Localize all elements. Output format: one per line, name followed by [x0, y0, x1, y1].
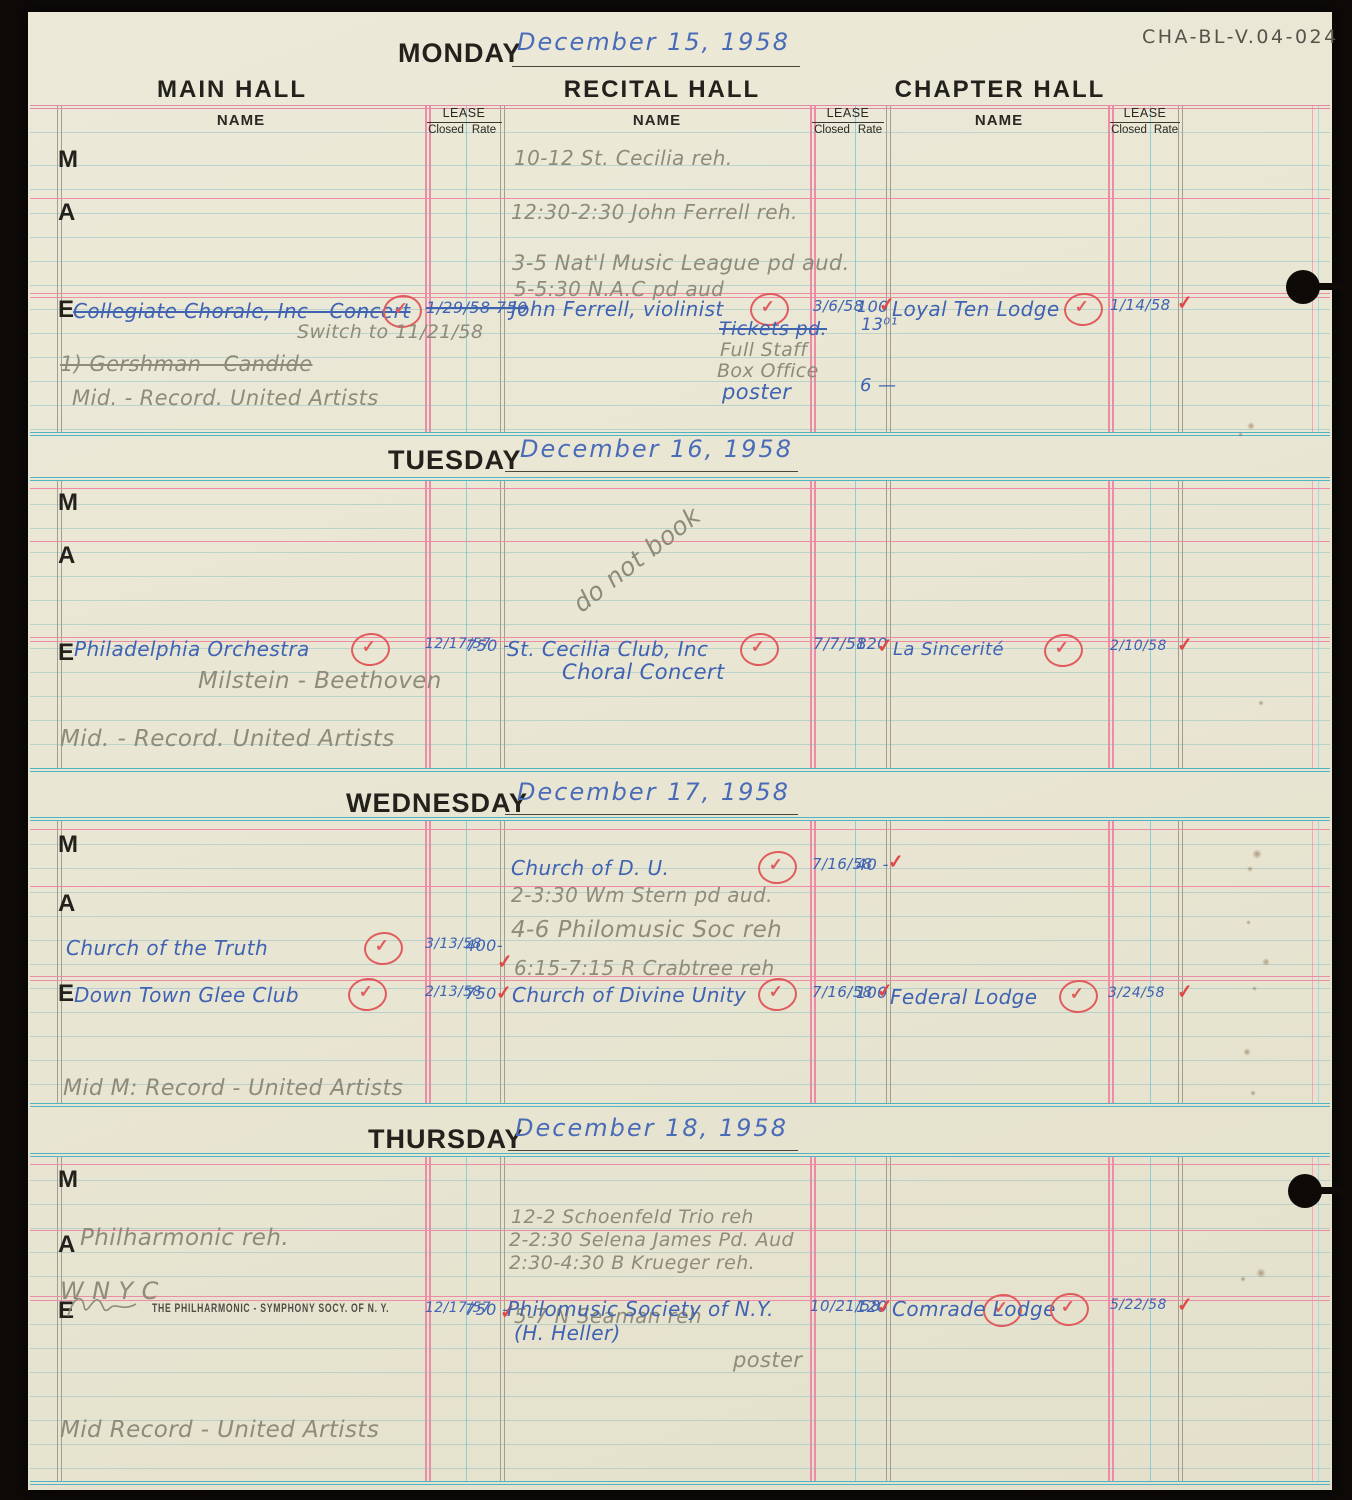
check-icon: ✓ [1074, 297, 1089, 317]
handwritten-entry: 6 — [860, 375, 896, 396]
name-column-header: NAME [217, 112, 265, 129]
handwritten-entry: 400- [465, 936, 503, 955]
date-underline [512, 66, 800, 67]
handwritten-entry: 40 - [856, 855, 889, 874]
row-divider-pink [30, 488, 1330, 489]
red-check-icon: ✓ [876, 634, 893, 658]
handwritten-entry: Mid Record - United Artists [60, 1417, 379, 1443]
punch-slot [1300, 283, 1352, 290]
stain [1243, 1048, 1251, 1056]
hall-title: RECITAL HALL [564, 76, 760, 104]
red-check-icon: ✓ [1176, 980, 1193, 1004]
rate-column-header: Rate [1154, 124, 1178, 136]
handwritten-entry: 2/10/58 [1110, 638, 1167, 654]
check-icon: ✓ [361, 637, 376, 657]
row-label: A [58, 890, 75, 918]
red-check-icon: ✓ [1176, 633, 1193, 657]
stain [1247, 866, 1253, 872]
archive-code: CHA-BL-V.04-024 [1142, 26, 1339, 48]
red-check-icon: ✓ [495, 981, 512, 1005]
handwritten-entry: 750 - [466, 636, 509, 655]
handwritten-entry: THE PHILHARMONIC - SYMPHONY SOCY. OF N. … [152, 1301, 389, 1315]
rate-column-header: Rate [858, 124, 882, 136]
stain [1258, 700, 1264, 706]
lease-divider-line [812, 122, 884, 123]
red-check-icon: ✓ [887, 850, 904, 874]
stain [1247, 422, 1255, 430]
row-label: M [58, 489, 78, 517]
section-separator [30, 1481, 1330, 1485]
handwritten-entry: Philharmonic reh. [80, 1225, 289, 1251]
check-icon: ✓ [768, 855, 783, 875]
stain [1246, 920, 1251, 925]
handwritten-entry: Full Staff [720, 339, 807, 361]
closed-column-header: Closed [814, 124, 850, 136]
stain [1262, 958, 1270, 966]
handwritten-entry: Box Office [717, 360, 819, 382]
handwritten-entry: Philomusic Society of N.Y. [507, 1297, 774, 1321]
check-icon: ✓ [393, 299, 408, 319]
lease-column-header: LEASE [827, 106, 870, 120]
handwritten-entry: 2-3:30 Wm Stern pd aud. [511, 883, 773, 907]
date-handwritten: December 16, 1958 [520, 435, 793, 463]
stain [1252, 849, 1262, 859]
check-icon: ✓ [768, 982, 783, 1002]
handwritten-entry: Church of D. U. [511, 856, 669, 880]
name-column-header: NAME [975, 112, 1023, 129]
red-check-icon: ✓ [1176, 1293, 1193, 1317]
handwritten-entry: 3-5 Nat'l Music League pd aud. [512, 251, 850, 275]
handwritten-entry: St. Cecilia Club, Inc [507, 637, 708, 661]
row-divider-pink [30, 1164, 1330, 1165]
day-label: WEDNESDAY [346, 788, 528, 819]
row-label: E [58, 980, 74, 1008]
handwritten-entry: Mid M: Record - United Artists [63, 1076, 403, 1101]
handwritten-entry: 4-6 Philomusic Soc reh [511, 917, 782, 943]
handwritten-entry: poster [722, 380, 791, 404]
handwritten-entry: Philadelphia Orchestra [74, 637, 310, 661]
rate-column-header: Rate [472, 124, 496, 136]
handwritten-entry: La Sincerité [893, 639, 1004, 660]
lease-divider-line [427, 122, 502, 123]
handwritten-entry: Milstein - Beethoven [198, 668, 442, 694]
lease-column-header: LEASE [443, 106, 486, 120]
handwritten-entry: Tickets pd. [719, 318, 827, 340]
name-column-header: NAME [633, 112, 681, 129]
stain [1256, 1268, 1266, 1278]
stain [1238, 432, 1243, 437]
row-divider-pink [30, 829, 1330, 830]
handwritten-entry: 12:30-2:30 John Ferrell reh. [511, 200, 798, 224]
row-label: E [58, 296, 74, 324]
closed-column-header: Closed [1111, 124, 1147, 136]
scribble-icon [66, 1292, 140, 1322]
hall-title: MAIN HALL [157, 76, 307, 104]
stain [1250, 1090, 1256, 1096]
handwritten-entry: Federal Lodge [890, 985, 1037, 1009]
handwritten-entry: Switch to 11/21/58 [297, 321, 484, 343]
handwritten-entry: 2:30-4:30 B Krueger reh. [509, 1252, 755, 1274]
row-label: E [58, 639, 74, 667]
date-underline [505, 814, 798, 815]
handwritten-entry: Collegiate Chorale, Inc - Concert [73, 299, 411, 323]
check-icon: ✓ [760, 297, 775, 317]
handwritten-entry: John Ferrell, violinist [511, 297, 724, 321]
check-icon: ✓ [1054, 638, 1069, 658]
handwritten-entry: Church of the Truth [66, 936, 268, 960]
handwritten-entry: 1/14/58 [1110, 296, 1171, 314]
stain [1240, 1276, 1246, 1282]
handwritten-entry: poster [733, 1348, 802, 1372]
handwritten-entry: Mid. - Record. United Artists [72, 386, 379, 410]
date-handwritten: December 18, 1958 [515, 1114, 788, 1142]
day-label: MONDAY [398, 38, 522, 69]
handwritten-entry: 3/24/58 [1108, 985, 1165, 1001]
row-divider-pink [30, 198, 1330, 199]
check-icon: ✓ [358, 982, 373, 1002]
check-icon: ✓ [374, 936, 389, 956]
section-separator [30, 1103, 1330, 1107]
red-check-icon: ✓ [1176, 291, 1193, 315]
date-handwritten: December 15, 1958 [517, 28, 790, 56]
row-label: M [58, 1166, 78, 1194]
row-divider-pink [30, 980, 1330, 981]
handwritten-entry: 6:15-7:15 R Crabtree reh [514, 956, 775, 980]
day-label: THURSDAY [368, 1124, 524, 1155]
day-label: TUESDAY [388, 445, 522, 476]
handwritten-entry: Church of Divine Unity [512, 983, 746, 1007]
section-separator [30, 768, 1330, 772]
check-icon: ✓ [1060, 1297, 1075, 1317]
handwritten-entry: Comrade Lodge [892, 1297, 1056, 1321]
row-label: M [58, 146, 78, 174]
handwritten-entry: Loyal Ten Lodge [892, 297, 1060, 321]
handwritten-entry: Choral Concert [562, 660, 725, 684]
lease-divider-line [1110, 122, 1180, 123]
check-icon: ✓ [750, 637, 765, 657]
date-underline [505, 471, 798, 472]
lease-column-header: LEASE [1124, 106, 1167, 120]
date-underline [508, 1150, 798, 1151]
handwritten-entry: (H. Heller) [514, 1321, 621, 1345]
check-icon: ✓ [1069, 984, 1084, 1004]
stain [1252, 986, 1257, 991]
handwritten-entry: 2-2:30 Selena James Pd. Aud [509, 1229, 794, 1251]
handwritten-entry: Down Town Glee Club [74, 983, 299, 1007]
punch-slot [1302, 1187, 1352, 1194]
handwritten-entry: 5/22/58 [1110, 1297, 1167, 1313]
handwritten-entry: 12-2 Schoenfeld Trio reh [511, 1206, 754, 1228]
date-handwritten: December 17, 1958 [517, 778, 790, 806]
hall-title: CHAPTER HALL [895, 76, 1106, 104]
row-label: A [58, 542, 75, 570]
row-label: A [58, 199, 75, 227]
handwritten-entry: 750 [465, 984, 497, 1003]
handwritten-entry: Mid. - Record. United Artists [60, 726, 395, 752]
closed-column-header: Closed [428, 124, 464, 136]
handwritten-entry: 1) Gershman - Candide [60, 352, 313, 376]
pencil-scribble [66, 1292, 140, 1327]
row-label: M [58, 831, 78, 859]
ledger-scan: CHA-BL-V.04-024 MAIN HALLRECITAL HALLCHA… [0, 0, 1352, 1500]
row-label: A [58, 1231, 75, 1259]
handwritten-entry: 10-12 St. Cecilia reh. [514, 146, 733, 170]
